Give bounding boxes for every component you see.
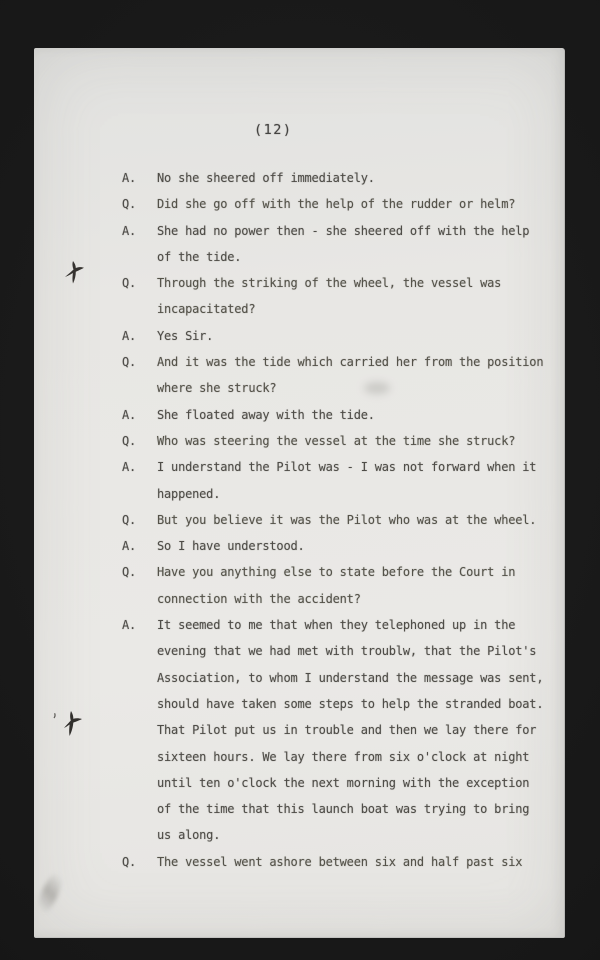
qa-text: She floated away with the tide. (157, 402, 552, 428)
speaker-label: A. (122, 323, 157, 349)
qa-line: Have you anything else to state before t… (157, 559, 552, 585)
qa-text: But you believe it was the Pilot who was… (157, 507, 552, 533)
speaker-label: A. (122, 454, 157, 507)
qa-text: Yes Sir. (157, 323, 552, 349)
qa-line: Did she go off with the help of the rudd… (157, 191, 552, 217)
qa-text: She had no power then - she sheered off … (157, 218, 552, 271)
qa-entry: Q.Who was steering the vessel at the tim… (122, 428, 552, 454)
qa-line: It seemed to me that when they telephone… (157, 612, 552, 638)
qa-line: Yes Sir. (157, 323, 552, 349)
qa-line: sixteen hours. We lay there from six o'c… (157, 744, 552, 770)
qa-line: She had no power then - she sheered off … (157, 218, 552, 244)
speaker-label: Q. (122, 507, 157, 533)
qa-entry: A.No she sheered off immediately. (122, 165, 552, 191)
qa-entry: A.It seemed to me that when they telepho… (122, 612, 552, 849)
qa-line: No she sheered off immediately. (157, 165, 552, 191)
qa-text: Did she go off with the help of the rudd… (157, 191, 552, 217)
qa-line: Who was steering the vessel at the time … (157, 428, 552, 454)
speaker-label: Q. (122, 849, 157, 875)
qa-text: I understand the Pilot was - I was not f… (157, 454, 552, 507)
qa-text: Who was steering the vessel at the time … (157, 428, 552, 454)
ink-smudge (33, 869, 66, 918)
qa-line: happened. (157, 481, 552, 507)
qa-line: And it was the tide which carried her fr… (157, 349, 552, 375)
faint-stain (364, 382, 390, 394)
qa-line: of the time that this launch boat was tr… (157, 796, 552, 822)
qa-entry: A.I understand the Pilot was - I was not… (122, 454, 552, 507)
speaker-label: A. (122, 165, 157, 191)
qa-entry: A.Yes Sir. (122, 323, 552, 349)
qa-line: I understand the Pilot was - I was not f… (157, 454, 552, 480)
qa-entry: Q.The vessel went ashore between six and… (122, 849, 552, 875)
qa-line: The vessel went ashore between six and h… (157, 849, 552, 875)
handwritten-arrow-mark-icon (62, 260, 86, 290)
qa-entry: Q.Did she go off with the help of the ru… (122, 191, 552, 217)
qa-line: But you believe it was the Pilot who was… (157, 507, 552, 533)
page-number: (12) (254, 122, 293, 138)
qa-entry: Q.Have you anything else to state before… (122, 559, 552, 612)
document-page: (12) A.No she sheered off immediately.Q.… (34, 48, 565, 938)
qa-line: incapacitated? (157, 296, 552, 322)
qa-line: should have taken some steps to help the… (157, 691, 552, 717)
qa-entry: Q.But you believe it was the Pilot who w… (122, 507, 552, 533)
speaker-label: A. (122, 218, 157, 271)
handwritten-arrow-mark-icon (52, 708, 86, 742)
qa-text: No she sheered off immediately. (157, 165, 552, 191)
qa-entry: A.So I have understood. (122, 533, 552, 559)
speaker-label: A. (122, 533, 157, 559)
qa-line: Association, to whom I understand the me… (157, 665, 552, 691)
qa-entry: A.She floated away with the tide. (122, 402, 552, 428)
qa-line: connection with the accident? (157, 586, 552, 612)
qa-line: until ten o'clock the next morning with … (157, 770, 552, 796)
qa-line: us along. (157, 822, 552, 848)
qa-line: That Pilot put us in trouble and then we… (157, 717, 552, 743)
speaker-label: A. (122, 612, 157, 849)
speaker-label: Q. (122, 428, 157, 454)
qa-line: where she struck? (157, 375, 552, 401)
qa-text: The vessel went ashore between six and h… (157, 849, 552, 875)
qa-entry: Q.And it was the tide which carried her … (122, 349, 552, 402)
qa-line: evening that we had met with troublw, th… (157, 638, 552, 664)
qa-line: of the tide. (157, 244, 552, 270)
speaker-label: Q. (122, 559, 157, 612)
qa-text: Have you anything else to state before t… (157, 559, 552, 612)
qa-entry: Q.Through the striking of the wheel, the… (122, 270, 552, 323)
qa-text: It seemed to me that when they telephone… (157, 612, 552, 849)
qa-line: She floated away with the tide. (157, 402, 552, 428)
speaker-label: A. (122, 402, 157, 428)
speaker-label: Q. (122, 270, 157, 323)
qa-text: And it was the tide which carried her fr… (157, 349, 552, 402)
qa-line: So I have understood. (157, 533, 552, 559)
qa-text: So I have understood. (157, 533, 552, 559)
speaker-label: Q. (122, 349, 157, 402)
qa-entry: A.She had no power then - she sheered of… (122, 218, 552, 271)
qa-text: Through the striking of the wheel, the v… (157, 270, 552, 323)
qa-line: Through the striking of the wheel, the v… (157, 270, 552, 296)
speaker-label: Q. (122, 191, 157, 217)
qa-transcript: A.No she sheered off immediately.Q.Did s… (122, 165, 552, 875)
